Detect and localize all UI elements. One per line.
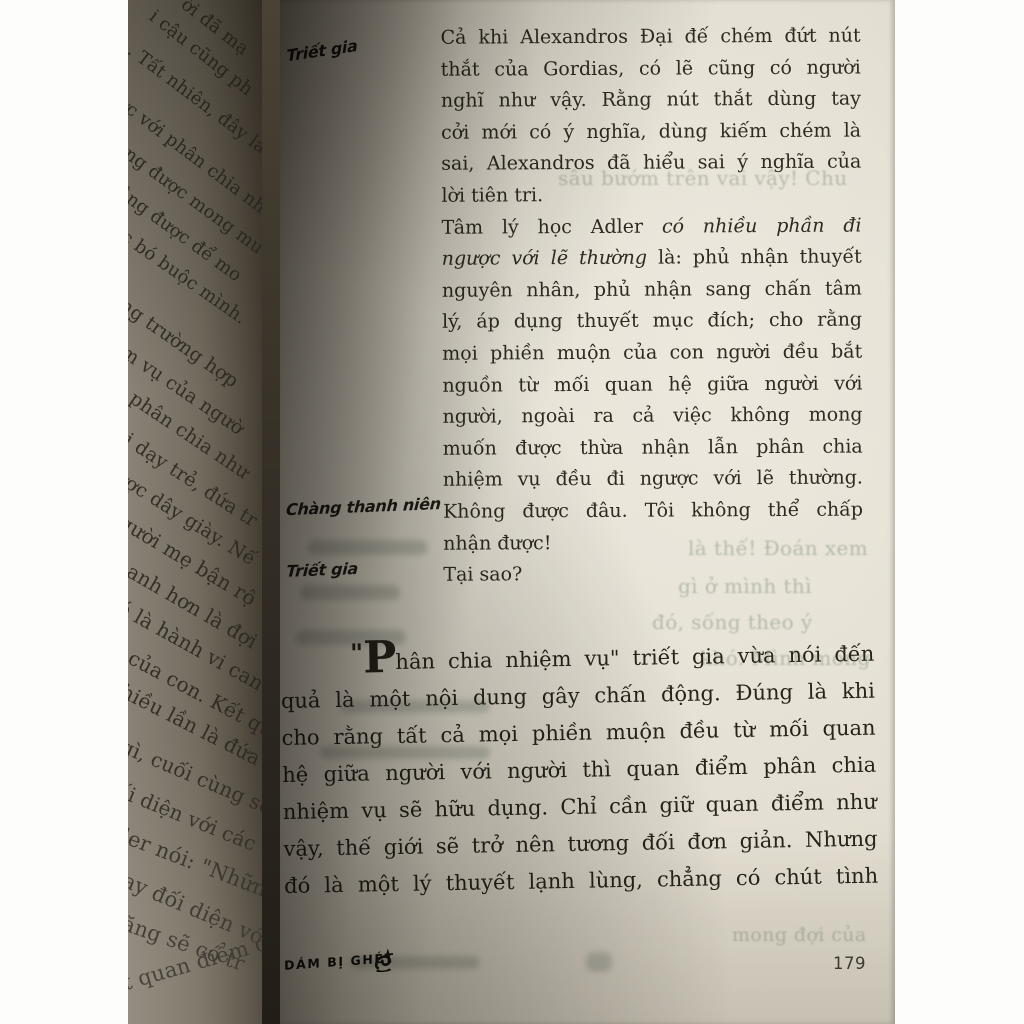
speaker-label: Triết gia (281, 560, 443, 592)
speaker-label: Triết gia (280, 23, 441, 55)
dialogue-line: nguồn từ mối quan hệ giữa người với (442, 368, 862, 402)
text-segment: lý, áp dụng thuyết mục đích; cho rằng (442, 309, 862, 333)
dialogue-block: Triết giaCả khi Alexandros Đại đế chém đ… (280, 20, 881, 592)
text-segment: ngược với lẽ thường (442, 247, 647, 270)
dialogue-row: thắt của Gordias, có lẽ cũng có người (280, 52, 879, 87)
dialogue-row: nhiệm vụ đều đi ngược với lẽ thường. (281, 463, 881, 498)
dialogue-row: muốn được thừa nhận lẫn phân chia (281, 431, 881, 466)
text-segment: nhận được! (443, 532, 551, 555)
dialogue-line: muốn được thừa nhận lẫn phân chia (443, 431, 863, 465)
ghost-text: mong đợi của (732, 924, 867, 946)
dialogue-row: mọi phiền muộn của con người đều bắt (280, 336, 880, 371)
dialogue-row: sai, Alexandros đã hiểu sai ý nghĩa của (280, 147, 879, 182)
text-segment: là: phủ nhận thuyết (647, 246, 862, 269)
text-segment: hân chia nhiệm vụ" triết gia vừa nói đến (395, 642, 874, 674)
right-page: sâu bướm trên vai vậy! Chulà thế! Đoán x… (280, 0, 895, 1024)
text-segment: hệ giữa người với người thì quan điểm ph… (282, 753, 876, 787)
page-number: 179 (833, 954, 866, 973)
dialogue-line: người, ngoài ra cả việc không mong (442, 400, 862, 434)
speaker-label (280, 370, 442, 402)
dialogue-row: nhận được! (281, 526, 881, 561)
dialogue-line: Không được đâu. Tôi không thể chấp (443, 494, 863, 528)
speaker-label (280, 275, 442, 307)
text-segment: người, ngoài ra cả việc không mong (443, 404, 863, 428)
dialogue-row: nguồn từ mối quan hệ giữa người với (280, 368, 880, 403)
speaker-label (280, 212, 442, 244)
text-segment: thắt của Gordias, có lẽ cũng có người (441, 56, 861, 80)
speaker-label (281, 528, 443, 560)
dialogue-row: Triết giaTại sao? (281, 558, 881, 593)
dialogue-line: nghĩ như vậy. Rằng nút thắt dùng tay (441, 84, 861, 118)
text-segment: cởi mới có ý nghĩa, dùng kiếm chém là (441, 119, 861, 143)
text-segment: có nhiều phần đi (662, 214, 862, 237)
text-segment: " (350, 639, 364, 668)
text-segment: sai, Alexandros đã hiểu sai ý nghĩa của (441, 151, 861, 175)
dialogue-row: lời tiên tri. (280, 178, 879, 213)
text-segment: mọi phiền muộn của con người đều bắt (442, 340, 862, 364)
narration-paragraph: "Phân chia nhiệm vụ" triết gia vừa nói đ… (280, 636, 878, 905)
dialogue-line: nhận được! (443, 526, 863, 560)
speaker-label (280, 181, 442, 213)
dialogue-row: Tâm lý học Adler có nhiều phần đi (280, 210, 880, 245)
text-segment: Cả khi Alexandros Đại đế chém đứt nút (441, 25, 861, 49)
text-segment: nhiệm vụ đều đi ngược với lẽ thường. (443, 467, 863, 491)
text-segment: nguyên nhân, phủ nhận sang chấn tâm (442, 277, 862, 301)
dialogue-row: nghĩ như vậy. Rằng nút thắt dùng tay (280, 84, 879, 119)
text-segment: nguồn từ mối quan hệ giữa người với (442, 372, 862, 396)
speaker-label: Chàng thanh niên (281, 497, 443, 529)
speaker-label (280, 86, 441, 118)
speaker-label (281, 465, 443, 497)
ghost-text: đó, sống theo ý (652, 610, 813, 634)
text-segment: Tại sao? (443, 563, 522, 585)
dialogue-row: cởi mới có ý nghĩa, dùng kiếm chém là (280, 115, 879, 150)
dialogue-line: sai, Alexandros đã hiểu sai ý nghĩa của (441, 147, 861, 181)
dialogue-line: mọi phiền muộn của con người đều bắt (442, 336, 862, 370)
dialogue-row: nguyên nhân, phủ nhận sang chấn tâm (280, 273, 880, 308)
speaker-label (280, 244, 442, 276)
text-segment: lời tiên tri. (441, 184, 543, 207)
text-segment: nhiệm vụ sẽ hữu dụng. Chỉ cần giữ quan đ… (283, 790, 877, 824)
left-page-curled: ời đã mại cậu cũng ph. Tất nhiên, đây là… (128, 0, 262, 1024)
text-segment: Không được đâu. Tôi không thể chấp (443, 498, 863, 522)
dialogue-line: lý, áp dụng thuyết mục đích; cho rằng (442, 305, 862, 339)
dialogue-line: Tâm lý học Adler có nhiều phần đi (442, 210, 862, 244)
speaker-label (281, 433, 443, 465)
dialogue-line: nhiệm vụ đều đi ngược với lẽ thường. (443, 463, 863, 497)
dialogue-row: người, ngoài ra cả việc không mong (281, 400, 881, 435)
dialogue-line: Cả khi Alexandros Đại đế chém đứt nút (441, 21, 861, 55)
page-gutter (262, 0, 280, 1024)
dialogue-row: Triết giaCả khi Alexandros Đại đế chém đ… (280, 20, 879, 55)
dialogue-line: lời tiên tri. (441, 178, 861, 212)
speaker-label (281, 402, 443, 434)
speaker-label (280, 339, 442, 371)
text-segment: đó là một lý thuyết lạnh lùng, chẳng có … (284, 864, 878, 898)
speaker-label (280, 149, 441, 181)
text-segment: vậy, thế giới sẽ trở nên tương đối đơn g… (283, 827, 877, 861)
snail-mascot-icon (371, 947, 395, 973)
dialogue-line: cởi mới có ý nghĩa, dùng kiếm chém là (441, 115, 861, 149)
dialogue-line: thắt của Gordias, có lẽ cũng có người (441, 52, 861, 86)
text-segment: cho rằng tất cả mọi phiền muộn đều từ mố… (281, 716, 875, 750)
text-segment: nghĩ như vậy. Rằng nút thắt dùng tay (441, 88, 861, 112)
dialogue-line: nguyên nhân, phủ nhận sang chấn tâm (442, 273, 862, 307)
dialogue-line: Tại sao? (443, 558, 863, 592)
page-footer: DÁM BỊ GHÉT 179 (280, 948, 874, 980)
dialogue-row: lý, áp dụng thuyết mục đích; cho rằng (280, 305, 880, 340)
text-segment: quả là một nội dung gây chấn động. Đúng … (281, 679, 875, 713)
drop-cap: P (363, 632, 396, 684)
speaker-label (280, 118, 441, 150)
dialogue-row: ngược với lẽ thường là: phủ nhận thuyết (280, 242, 880, 277)
speaker-label (280, 307, 442, 339)
dialogue-row: Chàng thanh niênKhông được đâu. Tôi khôn… (281, 494, 881, 529)
dialogue-line: ngược với lẽ thường là: phủ nhận thuyết (442, 242, 862, 276)
text-segment: muốn được thừa nhận lẫn phân chia (443, 435, 863, 459)
text-segment: Tâm lý học Adler (442, 215, 662, 238)
book-photo: ời đã mại cậu cũng ph. Tất nhiên, đây là… (128, 0, 895, 1024)
